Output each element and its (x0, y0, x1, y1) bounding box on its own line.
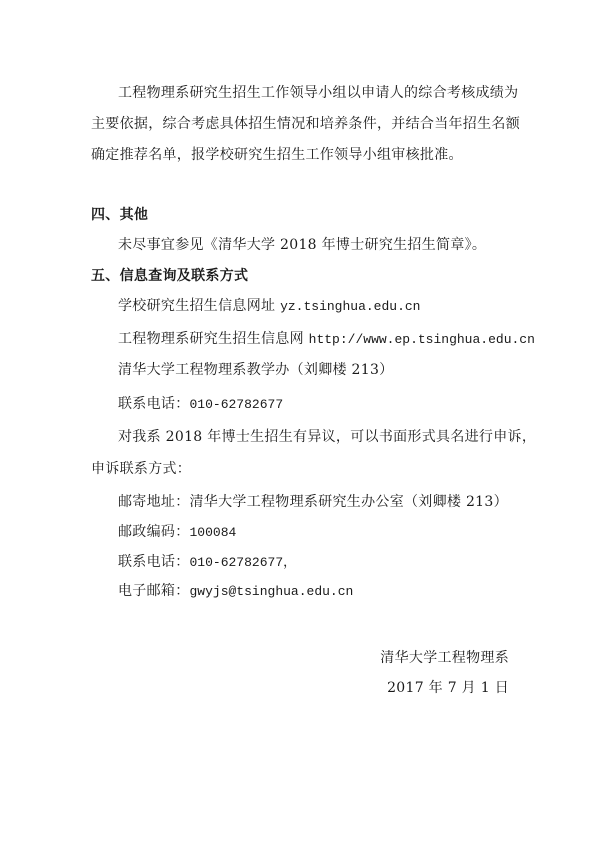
dept-site-line: 工程物理系研究生招生信息网 http://www.ep.tsinghua.edu… (118, 329, 535, 350)
phone-number: 010-62782677 (190, 397, 284, 412)
intro-line-3: 确定推荐名单，报学校研究生招生工作领导小组审核批准。 (91, 145, 463, 165)
signature-org: 清华大学工程物理系 (380, 648, 509, 668)
signature-date: 2017 年 7 月 1 日 (387, 678, 509, 698)
postcode-label: 邮政编码： (118, 524, 190, 540)
school-site-line: 学校研究生招生信息网址 yz.tsinghua.edu.cn (118, 296, 421, 317)
section-5-heading: 五、信息查询及联系方式 (91, 266, 248, 286)
appeal-phone-label: 联系电话： (118, 554, 190, 570)
document-page: 工程物理系研究生招生工作领导小组以申请人的综合考核成绩为 主要依据，综合考虑具体… (0, 0, 600, 849)
intro-line-2: 主要依据，综合考虑具体招生情况和培养条件，并结合当年招生名额 (91, 114, 520, 134)
phone-label: 联系电话： (118, 396, 190, 412)
email-label: 电子邮箱： (118, 583, 190, 599)
dept-site-label: 工程物理系研究生招生信息网 (118, 331, 309, 347)
appeal-line-1: 对我系 2018 年博士生招生有异议，可以书面形式具名进行申诉， (118, 427, 536, 447)
mail-address-line: 邮寄地址：清华大学工程物理系研究生办公室（刘卿楼 213） (118, 492, 508, 512)
school-site-link[interactable]: yz.tsinghua.edu.cn (280, 299, 420, 314)
appeal-phone-line: 联系电话：010-62782677， (118, 552, 296, 573)
mail-address: 清华大学工程物理系研究生办公室（刘卿楼 213） (190, 494, 508, 510)
intro-line-1: 工程物理系研究生招生工作领导小组以申请人的综合考核成绩为 (118, 83, 518, 103)
section-4-heading: 四、其他 (91, 205, 148, 225)
mail-label: 邮寄地址： (118, 494, 190, 510)
office-address: 清华大学工程物理系教学办（刘卿楼 213） (118, 360, 393, 380)
appeal-line-2: 申诉联系方式： (91, 459, 191, 479)
postcode-line: 邮政编码：100084 (118, 522, 236, 543)
school-site-label: 学校研究生招生信息网址 (118, 298, 280, 314)
section-4-body: 未尽事宜参见《清华大学 2018 年博士研究生招生简章》。 (118, 235, 486, 255)
email-link[interactable]: gwyjs@tsinghua.edu.cn (190, 584, 354, 599)
phone-line: 联系电话：010-62782677 (118, 394, 283, 415)
email-line: 电子邮箱：gwyjs@tsinghua.edu.cn (118, 581, 353, 602)
dept-site-link[interactable]: http://www.ep.tsinghua.edu.cn (309, 332, 535, 347)
postcode-value: 100084 (190, 525, 237, 540)
appeal-phone-number: 010-62782677， (190, 555, 297, 570)
